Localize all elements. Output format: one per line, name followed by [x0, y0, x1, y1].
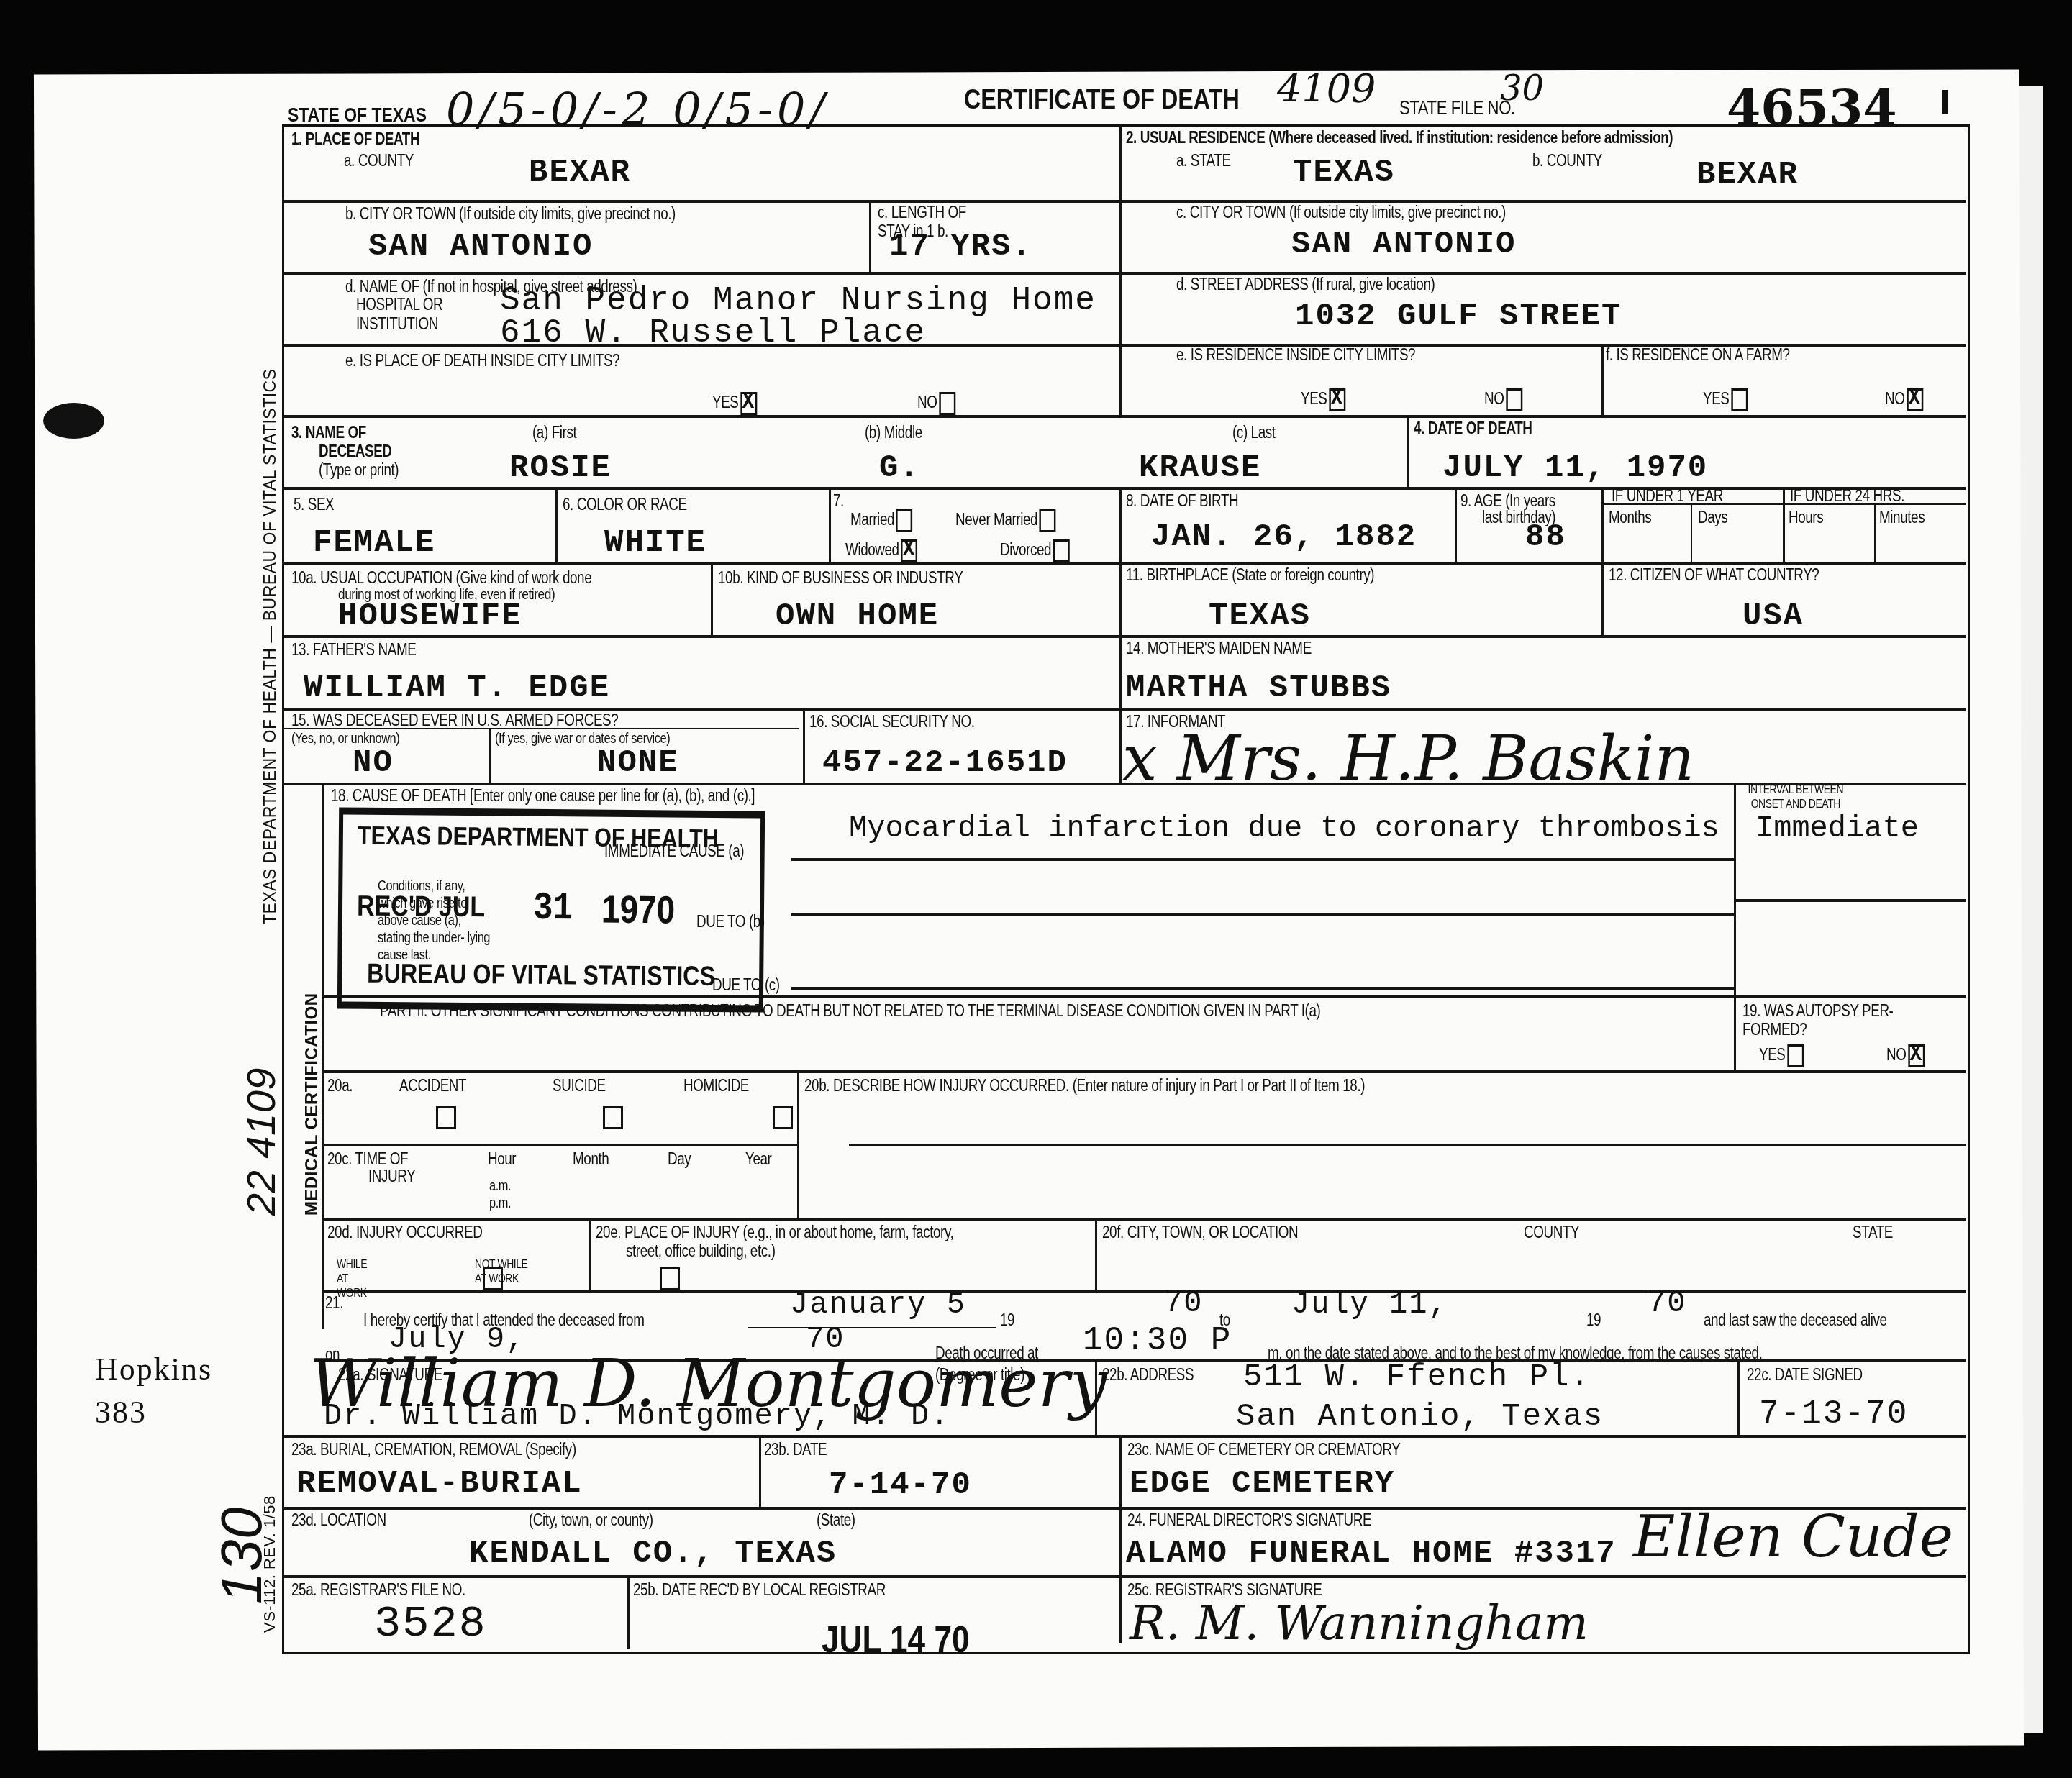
divider	[322, 1218, 1966, 1221]
res-county-label: b. COUNTY	[1532, 151, 1602, 170]
handwritten-margin: 22 4109	[237, 1067, 284, 1216]
divider	[555, 487, 558, 562]
under-year-label: IF UNDER 1 YEAR	[1612, 486, 1723, 506]
divider	[1119, 487, 1122, 635]
certification-number: 21.	[325, 1293, 343, 1313]
location-value: KENDALL CO., TEXAS	[469, 1536, 837, 1572]
married-checkbox[interactable]	[896, 509, 913, 532]
received-stamp: TEXAS DEPARTMENT OF HEALTH REC'D JUL 31 …	[337, 807, 765, 1012]
place-injury-label-2: street, office building, etc.)	[626, 1241, 776, 1261]
physician-address-1: 511 W. Ffench Pl.	[1243, 1359, 1591, 1395]
registrar-file-label: 25a. REGISTRAR'S FILE NO.	[291, 1580, 465, 1600]
cemetery-label: 23c. NAME OF CEMETERY OR CREMATORY	[1127, 1440, 1400, 1459]
sex-label: 5. SEX	[294, 495, 334, 514]
date-of-death-value: JULY 11, 1970	[1442, 450, 1708, 486]
hours-label: Hours	[1789, 508, 1823, 527]
res-county-value: BEXAR	[1696, 157, 1799, 193]
divider	[282, 272, 1966, 275]
director-signature: Ellen Cude	[1633, 1503, 1953, 1570]
divider	[1455, 487, 1457, 562]
attended-to-date: July 11,	[1291, 1287, 1448, 1322]
business-value: OWN HOME	[776, 598, 939, 634]
never-married-checkbox[interactable]	[1040, 509, 1056, 532]
res-inside-city-label: e. IS RESIDENCE INSIDE CITY LIMITS?	[1176, 345, 1415, 365]
dob-label: 8. DATE OF BIRTH	[1126, 491, 1238, 511]
state-file-label: STATE FILE NO.	[1399, 97, 1515, 119]
race-label: 6. COLOR OR RACE	[563, 495, 687, 514]
middle-name-value: G.	[879, 450, 920, 486]
suicide-checkbox[interactable]	[603, 1106, 623, 1129]
location-label: 23d. LOCATION	[291, 1510, 386, 1530]
divider	[282, 415, 1966, 418]
divider	[1734, 783, 1736, 1070]
divider	[589, 1218, 591, 1290]
interval-label: INTERVAL BETWEEN ONSET AND DEATH	[1742, 783, 1849, 811]
res-farm-yes[interactable]: YES	[1703, 388, 1748, 411]
handwritten-number: 4109	[1277, 66, 1376, 111]
not-while-at-work-label: NOT WHILE AT WORK	[475, 1257, 528, 1286]
informant-signature: x Mrs. H.P. Baskin	[1122, 723, 1694, 795]
handwritten-margin-2: 130	[209, 1507, 275, 1604]
pod-inside-city-no[interactable]: NO	[917, 392, 955, 415]
under-day-label: IF UNDER 24 HRS.	[1790, 486, 1904, 506]
director-label: 24. FUNERAL DIRECTOR'S SIGNATURE	[1127, 1510, 1371, 1530]
name-label-1: 3. NAME OF	[291, 423, 366, 442]
cause-a-value: Myocardial infarction due to coronary th…	[849, 811, 1719, 846]
hospital-label-3: INSTITUTION	[356, 314, 438, 334]
nineteen-label: 19	[1000, 1310, 1014, 1330]
registrar-signature: R. M. Wanningham	[1130, 1595, 1589, 1651]
pod-city-value: SAN ANTONIO	[368, 229, 593, 265]
name-label-2: DECEASED	[319, 442, 392, 461]
cause-c-line	[791, 987, 1734, 990]
res-city-label: c. CITY OR TOWN (If outside city limits,…	[1176, 203, 1506, 222]
ssn-value: 457-22-1651D	[822, 745, 1068, 781]
stamp-line-3: BUREAU OF VITAL STATISTICS	[367, 959, 715, 993]
injury-occurred-label: 20d. INJURY OCCURRED	[327, 1223, 482, 1242]
res-inside-city-no[interactable]: NO	[1484, 388, 1522, 411]
divider	[322, 783, 324, 1329]
divider	[1119, 124, 1122, 415]
accident-label: ACCIDENT	[399, 1076, 466, 1095]
res-inside-city-yes[interactable]: YES	[1301, 388, 1345, 411]
divider	[282, 1575, 1966, 1578]
armed-value: NO	[353, 745, 394, 781]
typed-margin-number: 383	[95, 1394, 147, 1431]
occupation-value: HOUSEWIFE	[338, 598, 522, 634]
citizen-label: 12. CITIZEN OF WHAT COUNTRY?	[1609, 565, 1819, 585]
stamp-line-1: TEXAS DEPARTMENT OF HEALTH	[358, 821, 719, 854]
divider	[1783, 487, 1785, 562]
am-label: a.m.	[489, 1178, 511, 1195]
date-of-death-label: 4. DATE OF DEATH	[1414, 419, 1532, 438]
autopsy-no-checkbox[interactable]	[1908, 1044, 1925, 1067]
father-label: 13. FATHER'S NAME	[291, 640, 416, 660]
not-while-at-work-checkbox[interactable]	[660, 1267, 680, 1290]
punch-mark	[1942, 90, 1948, 114]
injury-county-label: COUNTY	[1524, 1223, 1579, 1242]
stamp-day: 31	[533, 887, 573, 931]
interval-a-value: Immediate	[1755, 811, 1919, 846]
business-label: 10b. KIND OF BUSINESS OR INDUSTRY	[718, 568, 963, 588]
hospital-label-2: HOSPITAL OR	[356, 295, 442, 314]
last-name-label: (c) Last	[1232, 423, 1276, 442]
disposition-date-value: 7-14-70	[829, 1467, 972, 1503]
day-label: Day	[668, 1149, 691, 1169]
occupation-label-1: 10a. USUAL OCCUPATION (Give kind of work…	[291, 568, 591, 588]
typed-margin-name: Hopkins	[95, 1351, 212, 1387]
autopsy-no[interactable]: NO	[1886, 1044, 1925, 1067]
cause-b-line	[791, 913, 1734, 916]
month-label: Month	[573, 1149, 609, 1169]
cause-a-line	[791, 858, 1734, 861]
res-state-label: a. STATE	[1176, 151, 1231, 170]
stamp-line-2: REC'D JUL	[357, 890, 485, 924]
armed-service-value: NONE	[597, 745, 679, 781]
res-inside-no-checkbox[interactable]	[1506, 388, 1522, 411]
mother-label: 14. MOTHER'S MAIDEN NAME	[1126, 639, 1312, 658]
widowed-checkbox[interactable]	[901, 539, 917, 562]
divider	[627, 1575, 630, 1649]
injury-type-label: 20a.	[327, 1076, 353, 1095]
address-label: 22b. ADDRESS	[1102, 1365, 1194, 1385]
burial-value: REMOVAL-BURIAL	[296, 1466, 583, 1502]
res-city-value: SAN ANTONIO	[1291, 227, 1516, 263]
handwritten-30: 30	[1500, 68, 1544, 109]
res-farm-no[interactable]: NO	[1885, 388, 1923, 411]
describe-injury-label: 20b. DESCRIBE HOW INJURY OCCURRED. (Ente…	[804, 1076, 1365, 1095]
place-of-death-label: 1. PLACE OF DEATH	[291, 129, 419, 149]
mother-value: MARTHA STUBBS	[1126, 670, 1391, 706]
divider	[322, 1290, 1966, 1293]
divider	[1874, 503, 1876, 562]
registrar-file-value: 3528	[374, 1598, 487, 1649]
pod-inside-no-checkbox[interactable]	[939, 392, 955, 415]
divider	[1601, 487, 1604, 635]
divider	[282, 200, 1966, 203]
pod-county-label: a. COUNTY	[344, 151, 414, 170]
middle-name-label: (b) Middle	[865, 423, 922, 442]
year-label: Year	[745, 1149, 771, 1169]
accident-checkbox[interactable]	[436, 1106, 456, 1129]
autopsy-label: 19. WAS AUTOPSY PER- FORMED?	[1742, 1001, 1919, 1039]
homicide-checkbox[interactable]	[773, 1106, 793, 1129]
res-state-value: TEXAS	[1293, 155, 1395, 191]
divider	[282, 1435, 1966, 1438]
time-injury-label-2: INJURY	[368, 1167, 415, 1186]
divider	[282, 562, 1966, 565]
pod-county-value: BEXAR	[529, 155, 631, 191]
usual-residence-label: 2. USUAL RESIDENCE (Where deceased lived…	[1126, 128, 1673, 147]
divider	[1407, 415, 1409, 487]
sex-value: FEMALE	[313, 525, 435, 561]
marital-divorced[interactable]: Divorced	[1000, 539, 1070, 562]
race-value: WHITE	[604, 525, 706, 561]
attended-from-year: 70	[1164, 1286, 1203, 1321]
divider	[797, 1070, 799, 1218]
underline	[748, 1327, 996, 1328]
location-sub-1: (City, town, or county)	[529, 1510, 653, 1530]
injury-state-label: STATE	[1853, 1223, 1893, 1242]
certification-text-2: and last saw the deceased alive	[1704, 1310, 1887, 1330]
disposition-date-label: 23b. DATE	[764, 1440, 827, 1459]
months-label: Months	[1609, 508, 1651, 527]
divider	[1734, 899, 1966, 902]
location-sub-2: (State)	[817, 1510, 855, 1530]
divider	[711, 562, 713, 635]
divider	[1095, 1218, 1097, 1290]
divorced-checkbox[interactable]	[1053, 539, 1070, 562]
res-street-label: d. STREET ADDRESS (If rural, give locati…	[1176, 275, 1435, 294]
pod-inside-yes-checkbox[interactable]	[740, 392, 757, 415]
marital-widowed[interactable]: Widowed	[845, 539, 917, 562]
divider	[282, 635, 1966, 638]
divider	[1601, 344, 1604, 416]
res-farm-no-checkbox[interactable]	[1907, 388, 1923, 411]
suicide-label: SUICIDE	[553, 1076, 606, 1095]
divider	[1737, 1359, 1740, 1435]
citizen-value: USA	[1742, 598, 1804, 634]
certificate-title: CERTIFICATE OF DEATH	[964, 85, 1240, 116]
pod-city-label: b. CITY OR TOWN (If outside city limits,…	[345, 204, 676, 224]
pod-inside-city-yes[interactable]: YES	[712, 392, 757, 415]
divider	[489, 728, 491, 783]
autopsy-yes[interactable]: YES	[1759, 1044, 1804, 1067]
place-injury-label-1: 20e. PLACE OF INJURY (e.g., in or about …	[596, 1223, 953, 1242]
first-name-value: ROSIE	[509, 450, 612, 486]
marital-label: 7.	[833, 491, 844, 511]
marital-married[interactable]: Married	[850, 509, 912, 532]
autopsy-yes-checkbox[interactable]	[1787, 1044, 1804, 1067]
injury-city-label: 20f. CITY, TOWN, OR LOCATION	[1102, 1223, 1298, 1242]
physician-address-2: San Antonio, Texas	[1236, 1399, 1604, 1435]
days-label: Days	[1698, 508, 1727, 527]
attended-to-year: 70	[1648, 1286, 1686, 1321]
cemetery-value: EDGE CEMETERY	[1130, 1466, 1395, 1502]
armed-forces-label: 15. WAS DECEASED EVER IN U.S. ARMED FORC…	[291, 711, 618, 730]
name-label-3: (Type or print)	[319, 460, 399, 480]
time-injury-label-1: 20c. TIME OF	[327, 1149, 408, 1169]
burial-label: 23a. BURIAL, CREMATION, REMOVAL (Specify…	[291, 1440, 576, 1459]
divider	[803, 708, 805, 783]
divider	[759, 1435, 761, 1507]
divider	[322, 1144, 797, 1146]
cause-of-death-label: 18. CAUSE OF DEATH [Enter only one cause…	[331, 786, 755, 806]
physician-typed-name: Dr. William D. Montgomery, M. D.	[324, 1399, 950, 1433]
res-farm-yes-checkbox[interactable]	[1731, 388, 1748, 411]
res-farm-label: f. IS RESIDENCE ON A FARM?	[1606, 345, 1790, 365]
punch-hole	[43, 403, 104, 439]
describe-line	[849, 1144, 1966, 1146]
minutes-label: Minutes	[1879, 508, 1925, 527]
nineteen-label-2: 19	[1586, 1310, 1601, 1330]
pod-inside-city-label: e. IS PLACE OF DEATH INSIDE CITY LIMITS?	[345, 351, 619, 370]
res-inside-yes-checkbox[interactable]	[1329, 388, 1345, 411]
dob-value: JAN. 26, 1882	[1151, 519, 1417, 555]
hospital-address: 616 W. Russell Place	[500, 314, 926, 352]
birthplace-label: 11. BIRTHPLACE (State or foreign country…	[1126, 565, 1374, 585]
father-value: WILLIAM T. EDGE	[304, 670, 610, 706]
dept-vertical-text: TEXAS DEPARTMENT OF HEALTH — BUREAU OF V…	[260, 368, 280, 924]
registrar-date-value: JUL 14 70	[822, 1618, 970, 1661]
marital-never-married[interactable]: Never Married	[955, 509, 1056, 532]
director-value: ALAMO FUNERAL HOME #3317	[1126, 1536, 1617, 1572]
divider	[1119, 1435, 1122, 1643]
last-name-value: KRAUSE	[1139, 450, 1261, 486]
pm-label: p.m.	[489, 1195, 511, 1212]
registrar-date-label: 25b. DATE REC'D BY LOCAL REGISTRAR	[633, 1580, 886, 1600]
age-value: 88	[1525, 519, 1566, 555]
divider	[829, 487, 831, 562]
divider	[869, 200, 871, 272]
date-signed-label: 22c. DATE SIGNED	[1747, 1365, 1863, 1385]
birthplace-value: TEXAS	[1209, 598, 1311, 634]
date-signed-value: 7-13-70	[1759, 1395, 1908, 1433]
divider	[1691, 503, 1692, 562]
ssn-label: 16. SOCIAL SECURITY NO.	[809, 712, 975, 731]
homicide-label: HOMICIDE	[683, 1076, 749, 1095]
res-street-value: 1032 GULF STREET	[1295, 298, 1622, 334]
stamp-year: 1970	[601, 888, 676, 933]
attended-from-date: January 5	[790, 1287, 966, 1322]
hour-label: Hour	[488, 1149, 516, 1169]
first-name-label: (a) First	[532, 423, 576, 442]
length-of-stay-value: 17 YRS.	[889, 229, 1032, 265]
divider	[1119, 635, 1122, 783]
divider	[322, 1070, 1966, 1073]
